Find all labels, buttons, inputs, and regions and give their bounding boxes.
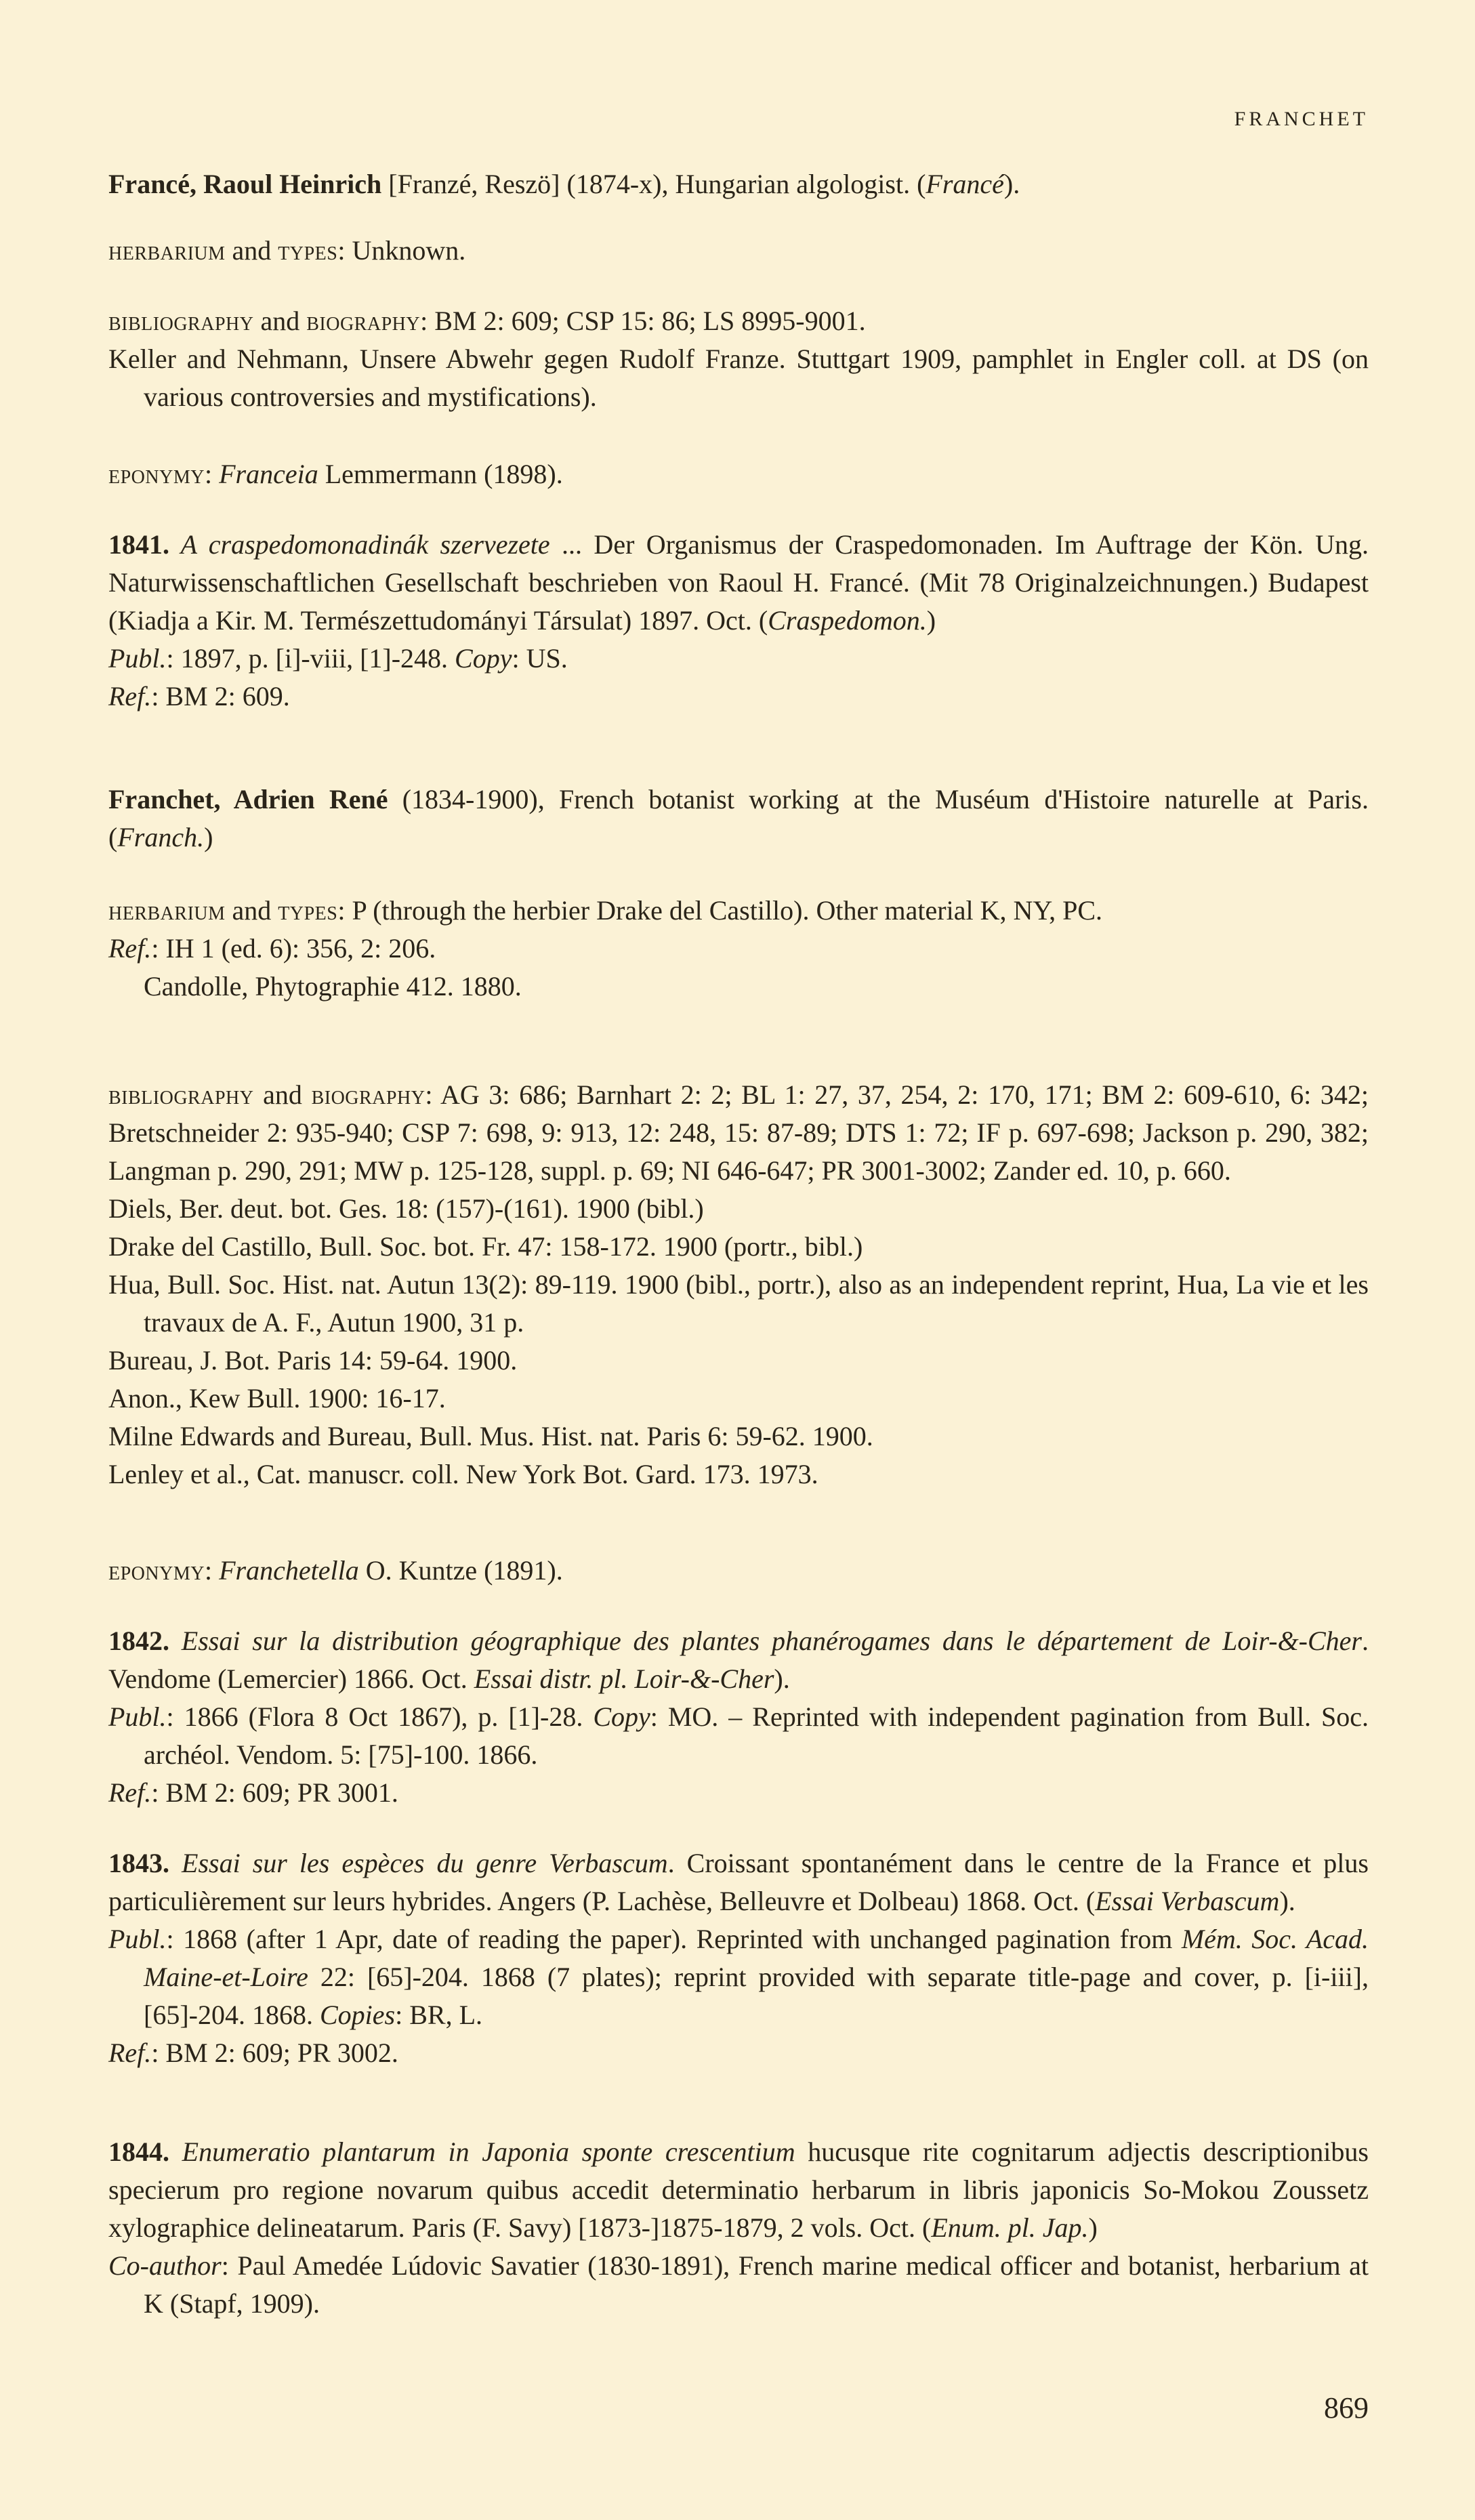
france-herbarium: herbarium and types: Unknown. [108, 232, 1369, 270]
work-1844: 1844. Enumeratio plantarum in Japonia sp… [108, 2133, 1369, 2323]
work-number: 1843. [108, 1848, 169, 1878]
entry-franchet: Franchet, Adrien René (1834-1900), Frenc… [108, 781, 1369, 856]
work-1841: 1841. A craspedomonadinák szervezete ...… [108, 526, 1369, 716]
bib-reference: Anon., Kew Bull. 1900: 16-17. [108, 1380, 1369, 1418]
work-number: 1841. [108, 529, 169, 560]
running-head: FRANCHET [1234, 100, 1369, 138]
franchet-bibliography: bibliography and biography: AG 3: 686; B… [108, 1076, 1369, 1493]
bib-reference: Bureau, J. Bot. Paris 14: 59-64. 1900. [108, 1342, 1369, 1380]
author-name: Franchet, Adrien René [108, 784, 388, 814]
bib-reference: Milne Edwards and Bureau, Bull. Mus. His… [108, 1418, 1369, 1455]
work-number: 1844. [108, 2136, 169, 2167]
entry-heading: Francé, Raoul Heinrich [Franzé, Reszö] (… [108, 165, 1369, 203]
work-1842: 1842. Essai sur la distribution géograph… [108, 1622, 1369, 1812]
entry-france: Francé, Raoul Heinrich [Franzé, Reszö] (… [108, 165, 1369, 203]
bib-reference: Hua, Bull. Soc. Hist. nat. Autun 13(2): … [108, 1266, 1369, 1342]
bib-reference: Diels, Ber. deut. bot. Ges. 18: (157)-(1… [108, 1190, 1369, 1228]
work-1843: 1843. Essai sur les espèces du genre Ver… [108, 1844, 1369, 2072]
france-eponymy: eponymy: Franceia Lemmermann (1898). [108, 455, 1369, 493]
france-bibliography: bibliography and biography: BM 2: 609; C… [108, 302, 1369, 416]
work-title: Enumeratio plantarum in Japonia sponte c… [169, 2136, 795, 2167]
work-title: Essai sur les espèces du genre Verbascum [169, 1848, 668, 1878]
franchet-eponymy: eponymy: Franchetella O. Kuntze (1891). [108, 1552, 1369, 1590]
author-name: Francé, Raoul Heinrich [108, 169, 381, 199]
page-number: 869 [1324, 2389, 1369, 2427]
bib-reference: Lenley et al., Cat. manuscr. coll. New Y… [108, 1455, 1369, 1493]
bib-reference: Keller and Nehmann, Unsere Abwehr gegen … [108, 340, 1369, 416]
work-number: 1842. [108, 1626, 169, 1656]
work-title: Essai sur la distribution géographique d… [169, 1626, 1362, 1656]
franchet-herbarium: herbarium and types: P (through the herb… [108, 892, 1369, 1006]
work-title: A craspedomonadinák szervezete [169, 529, 550, 560]
bib-reference: Drake del Castillo, Bull. Soc. bot. Fr. … [108, 1228, 1369, 1266]
